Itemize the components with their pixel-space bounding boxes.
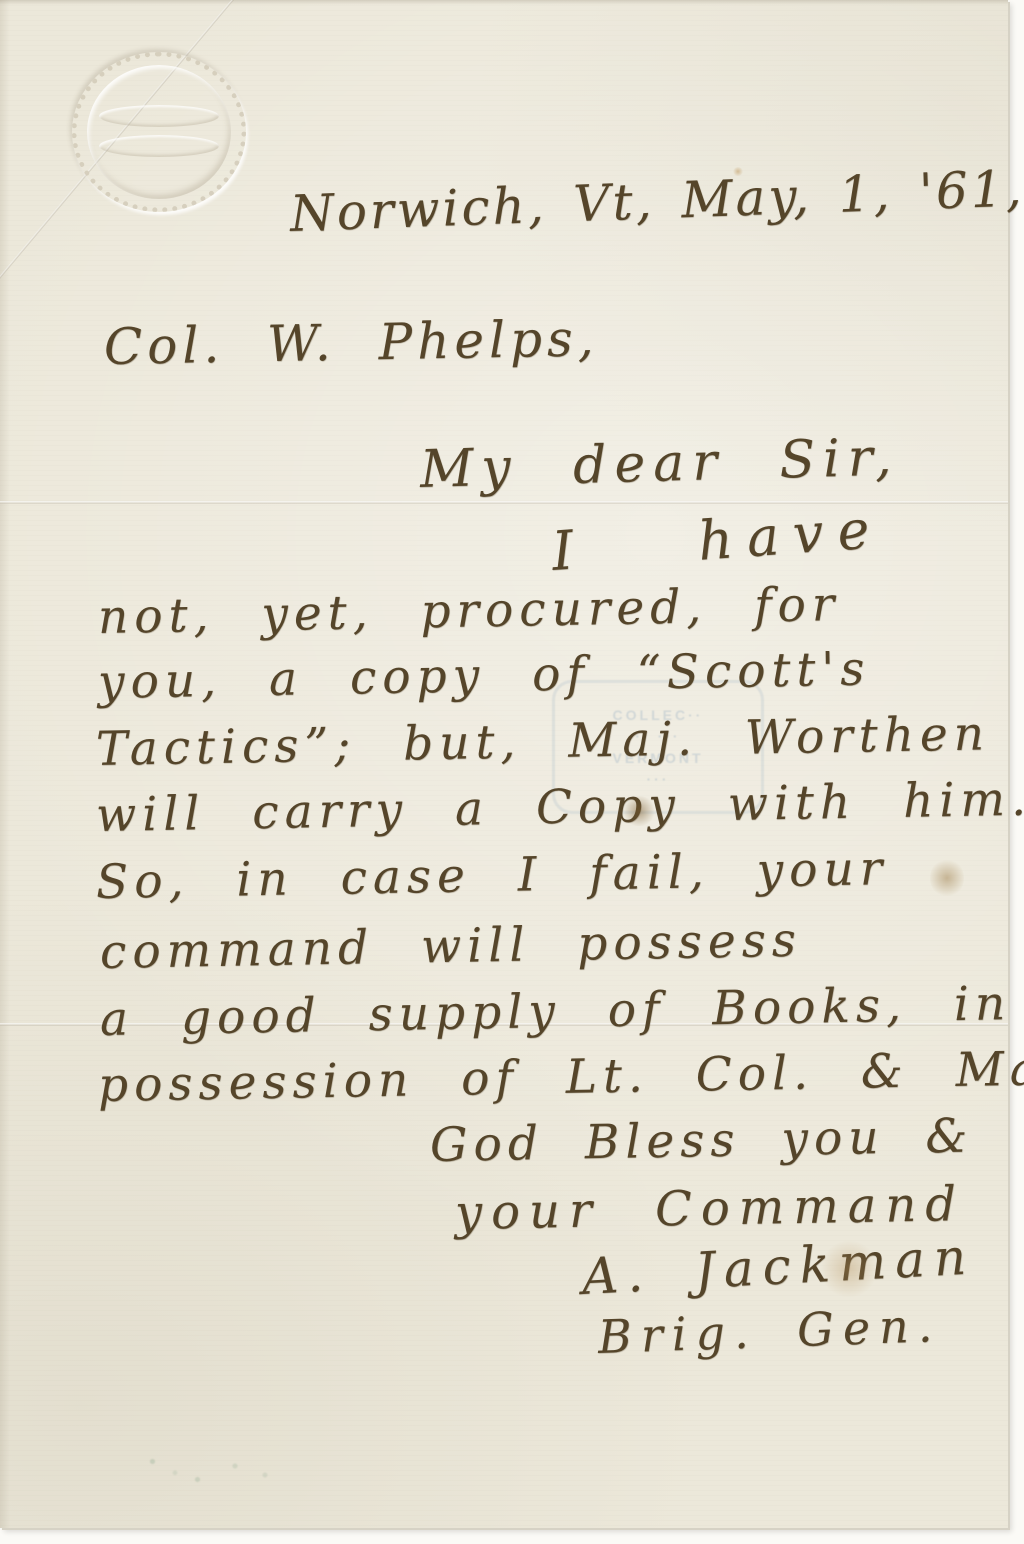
ink-smudge <box>622 796 656 826</box>
letter-body-line: Tactics”; but, Maj. Worthen <box>96 706 991 777</box>
embossed-seal <box>72 52 246 212</box>
embossed-seal-ridge <box>99 105 219 127</box>
letter-signature: A. Jackman <box>580 1227 976 1306</box>
letter-page: COLLEC·· ·· ··· VERMONT ··· Norwich, Vt,… <box>0 0 1008 1528</box>
letter-signature-title: Brig. Gen. <box>597 1298 942 1364</box>
letter-dateline: Norwich, Vt, May, 1, '61, <box>289 159 1024 243</box>
paper-top-edge-shadow <box>0 0 1008 5</box>
ink-smudge <box>820 1240 878 1298</box>
letter-body-line: not, yet, procured, for <box>98 577 841 645</box>
letter-body-line: command will possess <box>100 913 803 980</box>
ink-smudge <box>930 858 964 898</box>
letter-body-line: will carry a Copy with him. <box>96 772 1024 843</box>
foxing-spot <box>733 167 743 176</box>
embossed-seal-inner-ring <box>87 65 231 199</box>
letter-body-line: possession of Lt. Col. & Maj. <box>98 1041 1024 1113</box>
letter-closing-line: God Bless you & <box>430 1109 974 1173</box>
letter-salutation: My dear Sir, <box>419 427 900 500</box>
letter-body-line: So, in case I fail, your <box>96 841 889 910</box>
letter-body-line: I have <box>550 497 886 583</box>
embossed-seal-ridge <box>99 135 219 157</box>
paper-left-edge-shadow <box>0 0 10 1528</box>
letter-addressee: Col. W. Phelps, <box>103 309 598 376</box>
letter-body-line: a good supply of Books, in <box>100 976 1012 1047</box>
bleed-through-speckles <box>130 1448 280 1493</box>
